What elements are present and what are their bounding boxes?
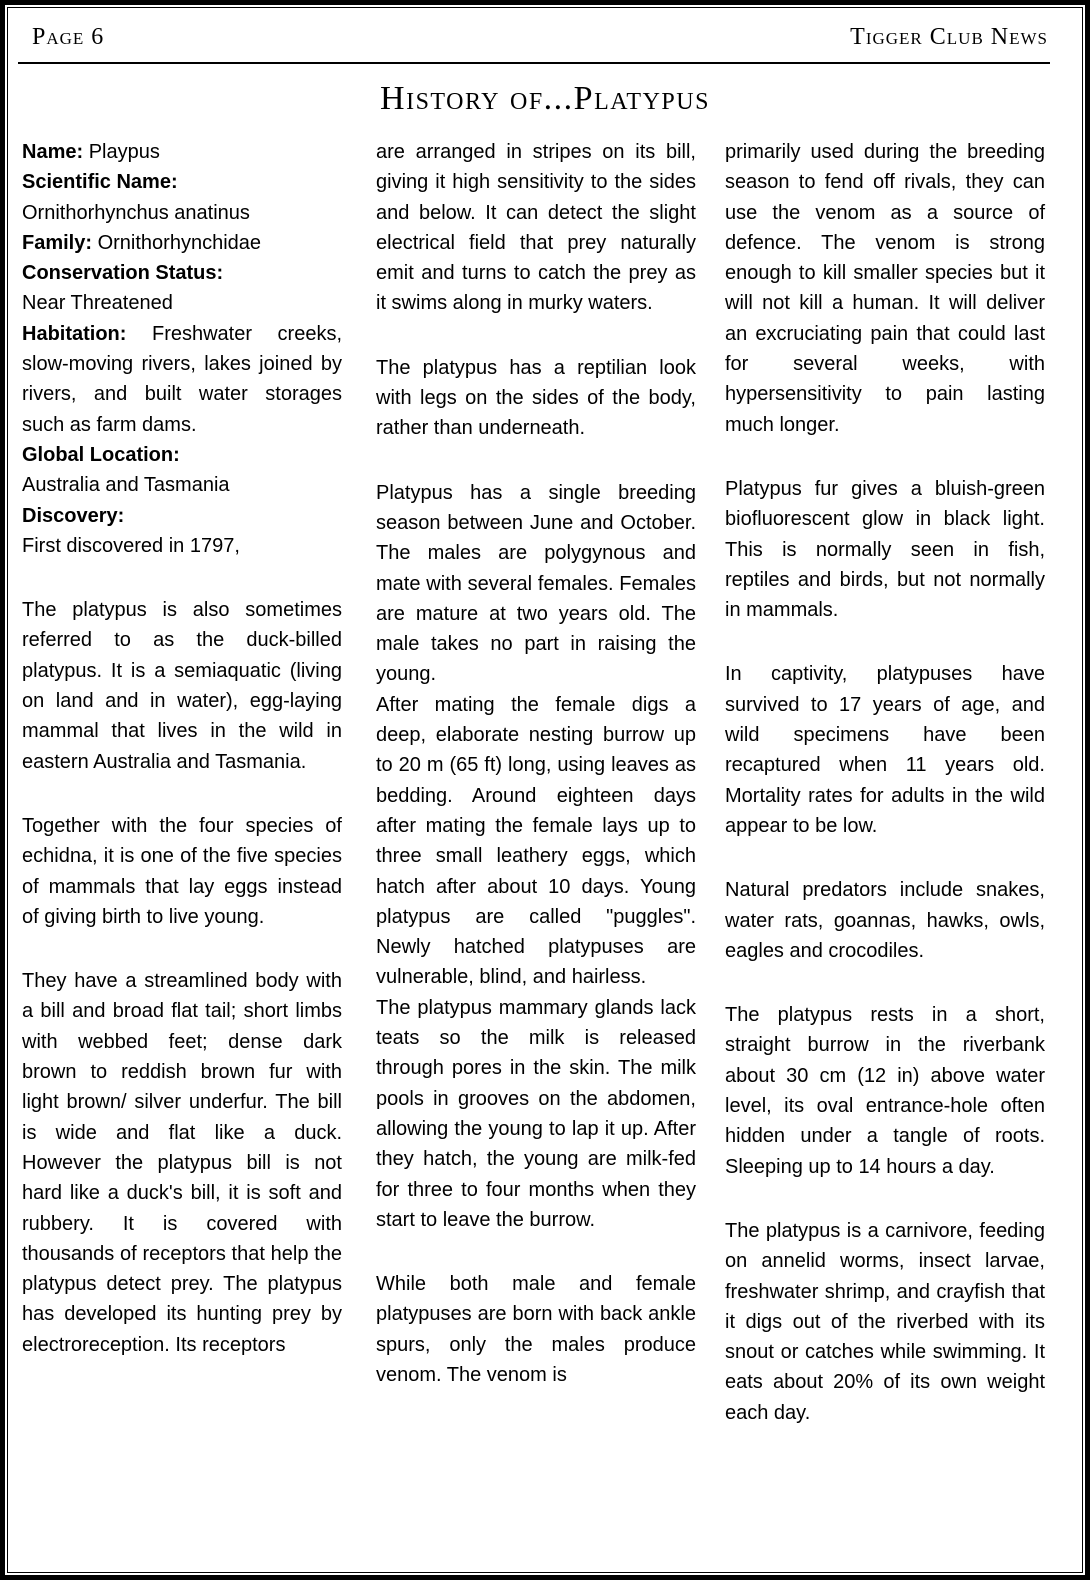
paragraph: Platypus fur gives a bluish-green bioflu… <box>725 474 1045 625</box>
fact-sheet: Name: Playpus Scientific Name: Ornithorh… <box>22 137 342 561</box>
fact-value: First discovered in 1797, <box>22 531 342 561</box>
page-number: Page 6 <box>32 24 104 51</box>
fact-label: Discovery: <box>22 501 342 531</box>
paragraph: After mating the female digs a deep, ela… <box>376 690 696 993</box>
paragraph: While both male and female platypuses ar… <box>376 1269 696 1390</box>
fact-label: Global Location: <box>22 440 342 470</box>
column-3: primarily used during the breeding seaso… <box>725 137 1045 1428</box>
column-1: Name: Playpus Scientific Name: Ornithorh… <box>22 137 342 1360</box>
paragraph: primarily used during the breeding seaso… <box>725 137 1045 440</box>
fact-value: Ornithorhynchus anatinus <box>22 198 342 228</box>
fact-family: Family: Ornithorhynchidae <box>22 228 342 258</box>
fact-label: Habitation: <box>22 323 126 345</box>
fact-value: Ornithorhynchidae <box>92 232 261 254</box>
fact-label: Scientific Name: <box>22 167 342 197</box>
paragraph: The platypus is also sometimes referred … <box>22 595 342 777</box>
header-rule <box>18 62 1050 64</box>
paragraph: In captivity, platypuses have survived t… <box>725 659 1045 841</box>
publication-name: Tigger Club News <box>850 24 1048 51</box>
paragraph: The platypus mammary glands lack teats s… <box>376 993 696 1235</box>
fact-label: Name: <box>22 141 83 163</box>
column-2: are arranged in stripes on its bill, giv… <box>376 137 696 1390</box>
running-header: Page 6 Tigger Club News <box>32 24 1048 54</box>
fact-label: Family: <box>22 232 92 254</box>
paragraph: Together with the four species of echidn… <box>22 811 342 932</box>
fact-habitation: Habitation: Freshwater creeks, slow-movi… <box>22 319 342 440</box>
paragraph: Natural predators include snakes, water … <box>725 875 1045 966</box>
fact-label: Conservation Status: <box>22 258 342 288</box>
fact-name: Name: Playpus <box>22 137 342 167</box>
paragraph: They have a streamlined body with a bill… <box>22 966 342 1360</box>
fact-value: Near Threatened <box>22 288 342 318</box>
paragraph: The platypus has a reptilian look with l… <box>376 353 696 444</box>
article-title: History of...Platypus <box>0 80 1090 118</box>
paragraph: Platypus has a single breeding season be… <box>376 478 696 690</box>
paragraph: The platypus rests in a short, straight … <box>725 1000 1045 1182</box>
fact-value: Playpus <box>83 141 160 163</box>
fact-value: Australia and Tasmania <box>22 470 342 500</box>
paragraph: The platypus is a carnivore, feeding on … <box>725 1216 1045 1428</box>
paragraph: are arranged in stripes on its bill, giv… <box>376 137 696 319</box>
